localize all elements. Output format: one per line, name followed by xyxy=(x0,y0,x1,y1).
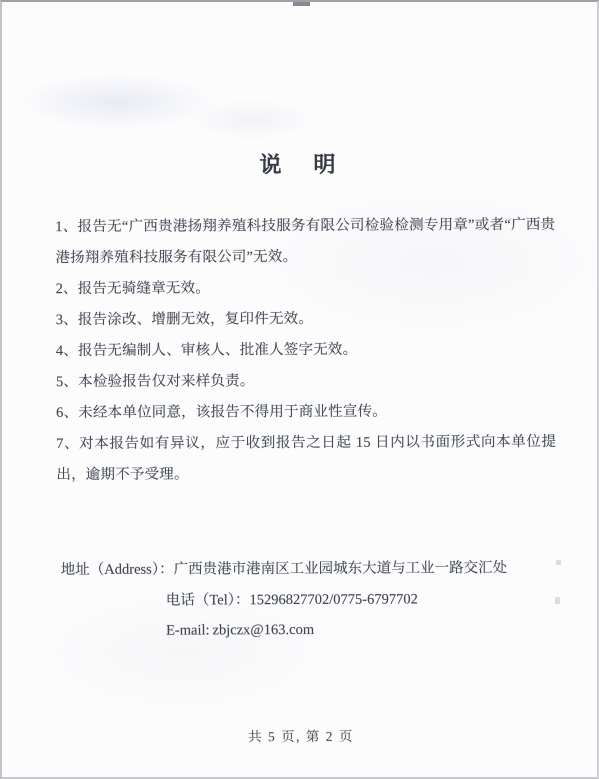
address-value: 广西贵港市港南区工业园城东大道与工业一路交汇处 xyxy=(174,560,508,577)
note-item-5: 5、本检验报告仅对来样负责。 xyxy=(56,365,556,398)
note-item-4: 4、报告无编制人、审核人、批准人签字无效。 xyxy=(56,334,556,367)
notes-list: 1、报告无“广西贵港扬翔养殖科技服务有限公司检验检测专用章”或者“广西贵港扬翔养… xyxy=(55,210,556,491)
email-line: E-mail:zbjczx@163.com xyxy=(61,614,561,647)
contact-block: 地址（Address）：广西贵港市港南区工业园城东大道与工业一路交汇处 电话（T… xyxy=(61,553,561,647)
email-value: zbjczx@163.com xyxy=(213,622,315,638)
page-number-footer: 共 5 页, 第 2 页 xyxy=(3,724,598,747)
tel-line: 电话（Tel）：15296827702/0775-6797702 xyxy=(61,583,561,616)
tel-label: 电话（Tel）： xyxy=(166,592,250,608)
page-content: 说 明 1、报告无“广西贵港扬翔养殖科技服务有限公司检验检测专用章”或者“广西贵… xyxy=(0,1,598,779)
note-item-2: 2、报告无骑缝章无效。 xyxy=(55,272,555,305)
note-item-7: 7、对本报告如有异议，应于收到报告之日起 15 日内以书面形式向本单位提出，逾期… xyxy=(56,427,556,491)
address-line: 地址（Address）：广西贵港市港南区工业园城东大道与工业一路交汇处 xyxy=(61,553,561,586)
note-item-6: 6、未经本单位同意，该报告不得用于商业性宣传。 xyxy=(56,396,556,429)
note-item-3: 3、报告涂改、增删无效，复印件无效。 xyxy=(56,303,556,336)
email-label: E-mail: xyxy=(166,622,210,638)
scanned-document-page: 说 明 1、报告无“广西贵港扬翔养殖科技服务有限公司检验检测专用章”或者“广西贵… xyxy=(0,0,599,779)
tel-value: 15296827702/0775-6797702 xyxy=(249,591,417,608)
note-item-1: 1、报告无“广西贵港扬翔养殖科技服务有限公司检验检测专用章”或者“广西贵港扬翔养… xyxy=(55,210,555,274)
page-title: 说 明 xyxy=(1,147,596,181)
address-label: 地址（Address）： xyxy=(61,562,174,578)
